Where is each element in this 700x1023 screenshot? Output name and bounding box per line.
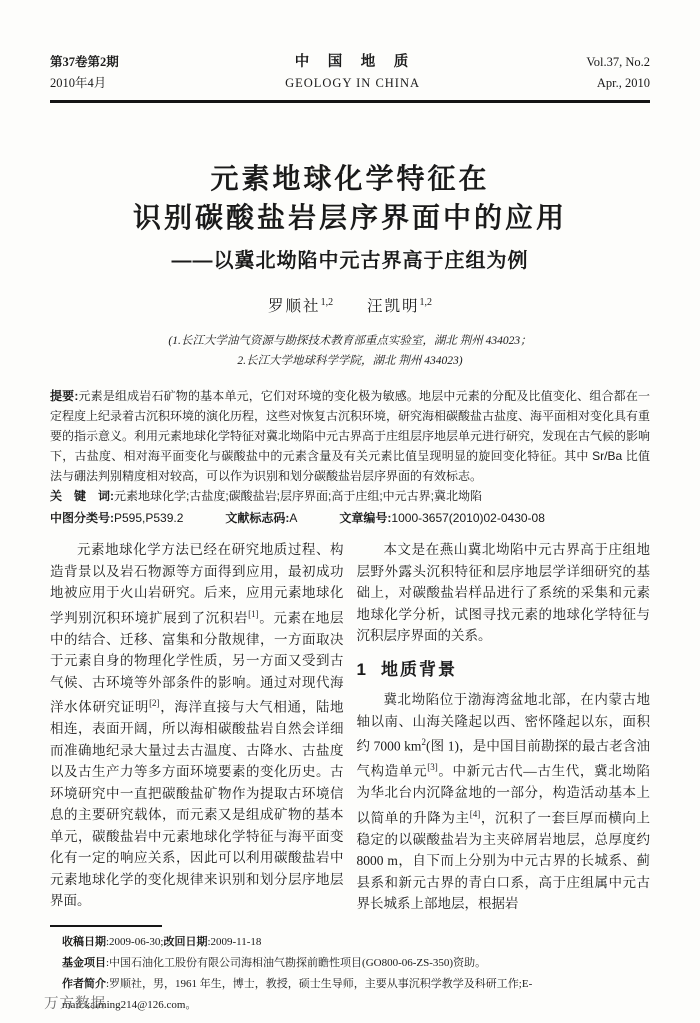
clc-number: 中图分类号:P595,P539.2 xyxy=(50,508,183,528)
footnote-rule xyxy=(50,925,162,927)
right-column: 本文是在燕山冀北坳陷中元古界高于庄组地层野外露头沉积特征和层序地层学详细研究的基… xyxy=(357,539,651,915)
clc-label: 中图分类号: xyxy=(50,511,114,525)
purpose-paragraph: 本文是在燕山冀北坳陷中元古界高于庄组地层野外露头沉积特征和层序地层学详细研究的基… xyxy=(357,539,651,647)
article-title-line1: 元素地球化学特征在 xyxy=(50,159,650,198)
clc-value: P595,P539.2 xyxy=(114,511,183,525)
meta-line: 中图分类号:P595,P539.2 文献标志码:A 文章编号:1000-3657… xyxy=(50,508,650,528)
issue-date-en: Apr., 2010 xyxy=(586,73,650,94)
intro-paragraph: 元素地球化学方法已经在研究地质过程、构造背景以及岩石物源等方面得到应用，最初成功… xyxy=(50,539,344,912)
author-2-affil-sup: 1,2 xyxy=(419,297,432,308)
abstract-label: 提要: xyxy=(50,389,78,403)
journal-name-cn: 中 国 地 质 xyxy=(285,52,420,73)
body-columns: 元素地球化学方法已经在研究地质过程、构造背景以及岩石物源等方面得到应用，最初成功… xyxy=(50,539,650,915)
article-title-line2: 识别碳酸盐岩层序界面中的应用 xyxy=(50,198,650,237)
document-code-label: 文献标志码: xyxy=(225,511,289,525)
geology-background-paragraph: 冀北坳陷位于渤海湾盆地北部，在内蒙古地轴以南、山海关隆起以西、密怀隆起以东，面积… xyxy=(357,689,651,915)
issue-number-cn: 第37卷第2期 xyxy=(50,52,119,73)
section-1-number: 1 xyxy=(357,660,366,679)
author-1-affil-sup: 1,2 xyxy=(321,297,334,308)
article-number-label: 文章编号: xyxy=(339,511,391,525)
journal-page: 第37卷第2期 2010年4月 中 国 地 质 GEOLOGY IN CHINA… xyxy=(0,0,700,1023)
article-number-value: 1000-3657(2010)02-0430-08 xyxy=(391,511,544,525)
header-center: 中 国 地 质 GEOLOGY IN CHINA xyxy=(285,52,420,94)
funding-note: 基金项目:中国石油化工股份有限公司海相油气勘探前瞻性项目(GO800-06-ZS… xyxy=(62,953,650,974)
author-list: 罗顺社1,2 汪凯明1,2 xyxy=(50,294,650,316)
keywords-block: 关 键 词:元素地球化学;古盐度;碳酸盐岩;层序界面;高于庄组;中元古界;冀北坳… xyxy=(50,486,650,506)
author-2: 汪凯明1,2 xyxy=(367,298,432,315)
abstract-block: 提要:元素是组成岩石矿物的基本单元，它们对环境的变化极为敏感。地层中元素的分配及… xyxy=(50,386,650,486)
header-right: Vol.37, No.2 Apr., 2010 xyxy=(586,52,650,94)
document-code-value: A xyxy=(289,511,297,525)
header-left: 第37卷第2期 2010年4月 xyxy=(50,52,119,94)
section-1-title: 地质背景 xyxy=(381,660,457,679)
journal-header: 第37卷第2期 2010年4月 中 国 地 质 GEOLOGY IN CHINA… xyxy=(50,0,650,94)
article-number: 文章编号:1000-3657(2010)02-0430-08 xyxy=(339,508,544,528)
abstract-text: 元素是组成岩石矿物的基本单元，它们对环境的变化极为敏感。地层中元素的分配及比值变… xyxy=(50,389,650,483)
issue-number-en: Vol.37, No.2 xyxy=(586,52,650,73)
footnotes-block: 收稿日期:2009-06-30;改回日期:2009-11-18 基金项目:中国石… xyxy=(50,932,650,1016)
article-title: 元素地球化学特征在 识别碳酸盐岩层序界面中的应用 xyxy=(50,159,650,237)
author-2-name: 汪凯明 xyxy=(367,298,420,315)
received-date-note: 收稿日期:2009-06-30;改回日期:2009-11-18 xyxy=(62,932,650,953)
author-bio-note: 作者简介:罗顺社，男，1961 年生，博士，教授，硕士生导师，主要从事沉积学教学… xyxy=(62,974,650,1016)
journal-name-en: GEOLOGY IN CHINA xyxy=(285,73,420,94)
header-rule xyxy=(50,100,650,103)
section-1-heading: 1地质背景 xyxy=(357,659,651,681)
keywords-label: 关 键 词: xyxy=(50,489,114,503)
article-subtitle: ——以冀北坳陷中元古界高于庄组为例 xyxy=(50,244,650,273)
affiliation-2: 2.长江大学地球科学学院，湖北 荆州 434023) xyxy=(50,351,650,371)
author-1: 罗顺社1,2 xyxy=(268,298,333,315)
issue-date-cn: 2010年4月 xyxy=(50,73,119,94)
affiliations: (1.长江大学油气资源与勘探技术教育部重点实验室，湖北 荆州 434023； 2… xyxy=(50,331,650,371)
left-column: 元素地球化学方法已经在研究地质过程、构造背景以及岩石物源等方面得到应用，最初成功… xyxy=(50,539,344,915)
affiliation-1: (1.长江大学油气资源与勘探技术教育部重点实验室，湖北 荆州 434023； xyxy=(50,331,650,351)
keywords-text: 元素地球化学;古盐度;碳酸盐岩;层序界面;高于庄组;中元古界;冀北坳陷 xyxy=(114,489,482,503)
document-code: 文献标志码:A xyxy=(225,508,297,528)
author-1-name: 罗顺社 xyxy=(268,298,321,315)
wanfang-watermark: 万方数据 xyxy=(44,992,106,1013)
